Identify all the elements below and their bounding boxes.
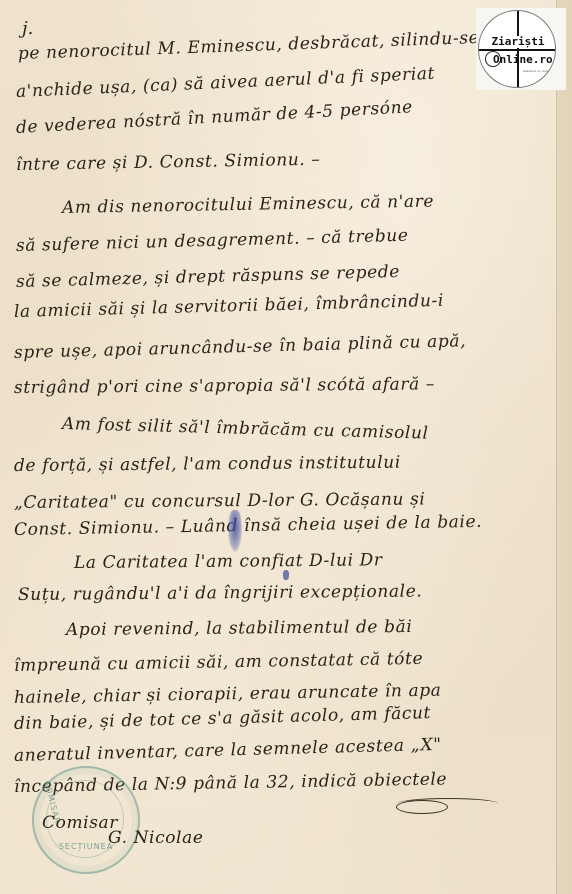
text-line: „Caritatea" cu concursul D-lor G. Ocășan… <box>14 489 426 513</box>
ink-blot <box>228 510 242 552</box>
logo-tagline: adevarul nu moare <box>523 69 552 73</box>
signature-name: G. Nicolae <box>108 828 203 848</box>
signature-title: Comisar <box>42 813 118 833</box>
text-line: spre ușe, apoi aruncându-se în baia plin… <box>14 331 467 363</box>
text-line: împreună cu amicii săi, am constatat că … <box>14 649 424 676</box>
corner-mark: j. <box>22 18 33 39</box>
text-line: a'nchide ușa, (ca) să aivea aerul d'a fi… <box>16 64 436 102</box>
text-line: de forță, și astfel, l'am condus institu… <box>14 453 401 476</box>
text-line: de vederea nóstră în număr de 4-5 persón… <box>15 97 413 138</box>
text-line: Const. Simionu. – Luând însă cheia ușei … <box>14 512 482 540</box>
closing-flourish-loop <box>396 800 448 814</box>
page-margin <box>557 0 572 894</box>
logo-text-line1: Ziariști <box>485 36 551 48</box>
text-line: Suțu, rugându'l a'i da îngrijiri excepți… <box>18 581 423 605</box>
text-line: Am dis nenorocitului Eminescu, că n'are <box>62 192 434 218</box>
text-line: Apoi revenind, la stabilimentul de băi <box>66 617 412 640</box>
text-line: La Caritatea l'am confiat D-lui Dr <box>74 550 383 573</box>
text-line: aneratul inventar, care la semnele acest… <box>14 735 442 766</box>
logo-text-line2: Online.ro <box>493 54 553 66</box>
text-line: să sufere nici un desagrement. – că treb… <box>16 226 409 256</box>
watermark-logo: Ziariști Online.ro adevarul nu moare <box>476 8 566 90</box>
text-line: la amicii săi și la servitorii băei, îmb… <box>14 291 444 322</box>
text-line: Am fost silit să'l îmbrăcăm cu camisolul <box>62 414 429 444</box>
text-line: între care și D. Const. Simionu. – <box>16 150 321 175</box>
text-line: să se calmeze, și drept răspuns se reped… <box>16 262 400 292</box>
crosshair-icon: Ziariști Online.ro adevarul nu moare <box>478 10 556 88</box>
text-line: din baie, și de tot ce s'a găsit acolo, … <box>14 703 431 734</box>
scanned-document-page: j. pe nenorocitul M. Eminescu, desbrăcat… <box>0 0 572 894</box>
text-line: strigând p'ori cine s'apropia să'l scótă… <box>14 374 435 398</box>
ink-blot <box>283 570 289 580</box>
text-line: pe nenorocitul M. Eminescu, desbrăcat, s… <box>18 28 480 64</box>
